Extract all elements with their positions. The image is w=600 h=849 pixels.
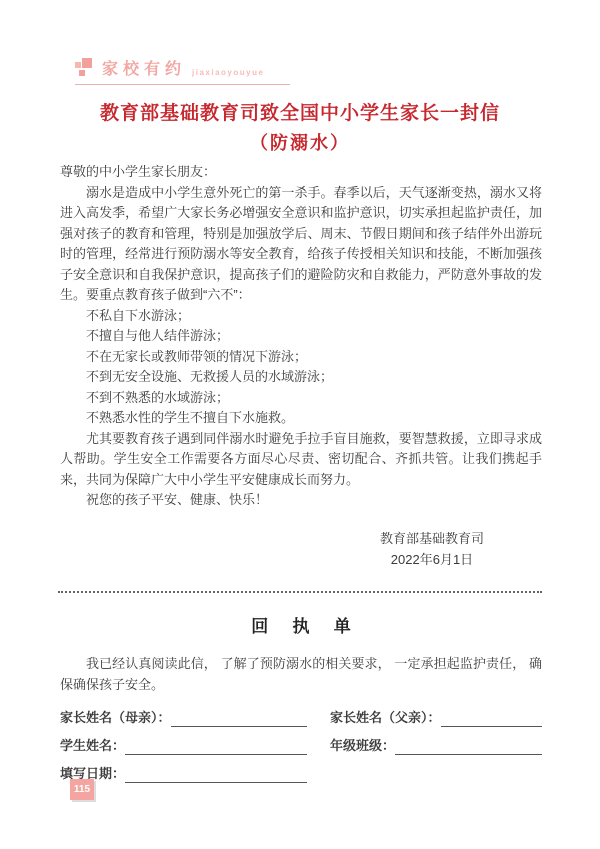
document-page: 家校有约 jiaxiaoyouyue 教育部基础教育司致全国中小学生家长一封信 … (0, 0, 600, 849)
student-name-blank (125, 738, 307, 755)
fill-date-field: 填写日期： (60, 765, 307, 783)
receipt-form: 家长姓名（母亲）： 家长姓名（父亲）： 学生姓名： 年级班级： (60, 709, 542, 783)
paragraph-2: 尤其要教育孩子遇到同伴溺水时避免手拉手盲目施救，要智慧救援，立即寻求成人帮助。学… (60, 429, 542, 491)
fill-date-blank (125, 766, 307, 783)
father-name-blank (441, 710, 542, 727)
student-name-label: 学生姓名： (60, 737, 125, 755)
receipt-statement: 我已经认真阅读此信， 了解了预防溺水的相关要求， 一定承担起监护责任， 确保确保… (60, 653, 542, 695)
grade-class-blank (395, 738, 542, 755)
father-name-label: 家长姓名（父亲）： (330, 709, 441, 727)
mother-name-blank (171, 710, 307, 727)
receipt-title: 回 执 单 (60, 612, 542, 637)
form-row: 学生姓名： 年级班级： (60, 737, 542, 755)
mother-name-label: 家长姓名（母亲）： (60, 709, 171, 727)
signature-date: 2022年6月1日 (380, 549, 484, 570)
six-nots-item: 不擅自与他人结伴游泳； (60, 326, 542, 347)
father-name-field: 家长姓名（父亲）： (330, 709, 542, 727)
paragraph-1: 溺水是造成中小学生意外死亡的第一杀手。春季以后，天气逐渐变热，溺水又将进入高发季… (60, 183, 542, 306)
salutation: 尊敬的中小学生家长朋友： (60, 162, 542, 183)
letter-title-block: 教育部基础教育司致全国中小学生家长一封信 （防溺水） (0, 101, 600, 156)
brand-pinyin: jiaxiaoyouyue (192, 68, 264, 79)
six-nots-item: 不熟悉水性的学生不擅自下水施救。 (60, 408, 542, 429)
mother-name-field: 家长姓名（母亲）： (60, 709, 307, 727)
dotted-cut-line (58, 591, 542, 593)
six-nots-item: 不私自下水游泳； (60, 306, 542, 327)
brand-name: 家校有约 (102, 56, 186, 79)
signature-block: 教育部基础教育司 2022年6月1日 (60, 528, 484, 570)
letter-subtitle: （防溺水） (0, 130, 600, 156)
letter-body: 尊敬的中小学生家长朋友： 溺水是造成中小学生意外死亡的第一杀手。春季以后，天气逐… (60, 162, 542, 570)
grade-class-field: 年级班级： (330, 737, 542, 755)
six-nots-item: 不在无家长或教师带领的情况下游泳； (60, 347, 542, 368)
form-row: 家长姓名（母亲）： 家长姓名（父亲）： (60, 709, 542, 727)
receipt-section: 回 执 单 我已经认真阅读此信， 了解了预防溺水的相关要求， 一定承担起监护责任… (60, 612, 542, 793)
grade-class-label: 年级班级： (330, 737, 395, 755)
six-nots-item: 不到无安全设施、无救援人员的水域游泳； (60, 367, 542, 388)
student-name-field: 学生姓名： (60, 737, 307, 755)
closing-wish: 祝您的孩子平安、健康、快乐！ (60, 490, 542, 511)
masthead: 家校有约 jiaxiaoyouyue (75, 56, 290, 85)
signature-org: 教育部基础教育司 (380, 528, 484, 549)
form-row: 填写日期： (60, 765, 542, 783)
page-number-badge: 115 (70, 779, 94, 800)
letter-title: 教育部基础教育司致全国中小学生家长一封信 (0, 101, 600, 127)
brand-squares-icon (75, 58, 93, 78)
six-nots-item: 不到不熟悉的水域游泳； (60, 388, 542, 409)
